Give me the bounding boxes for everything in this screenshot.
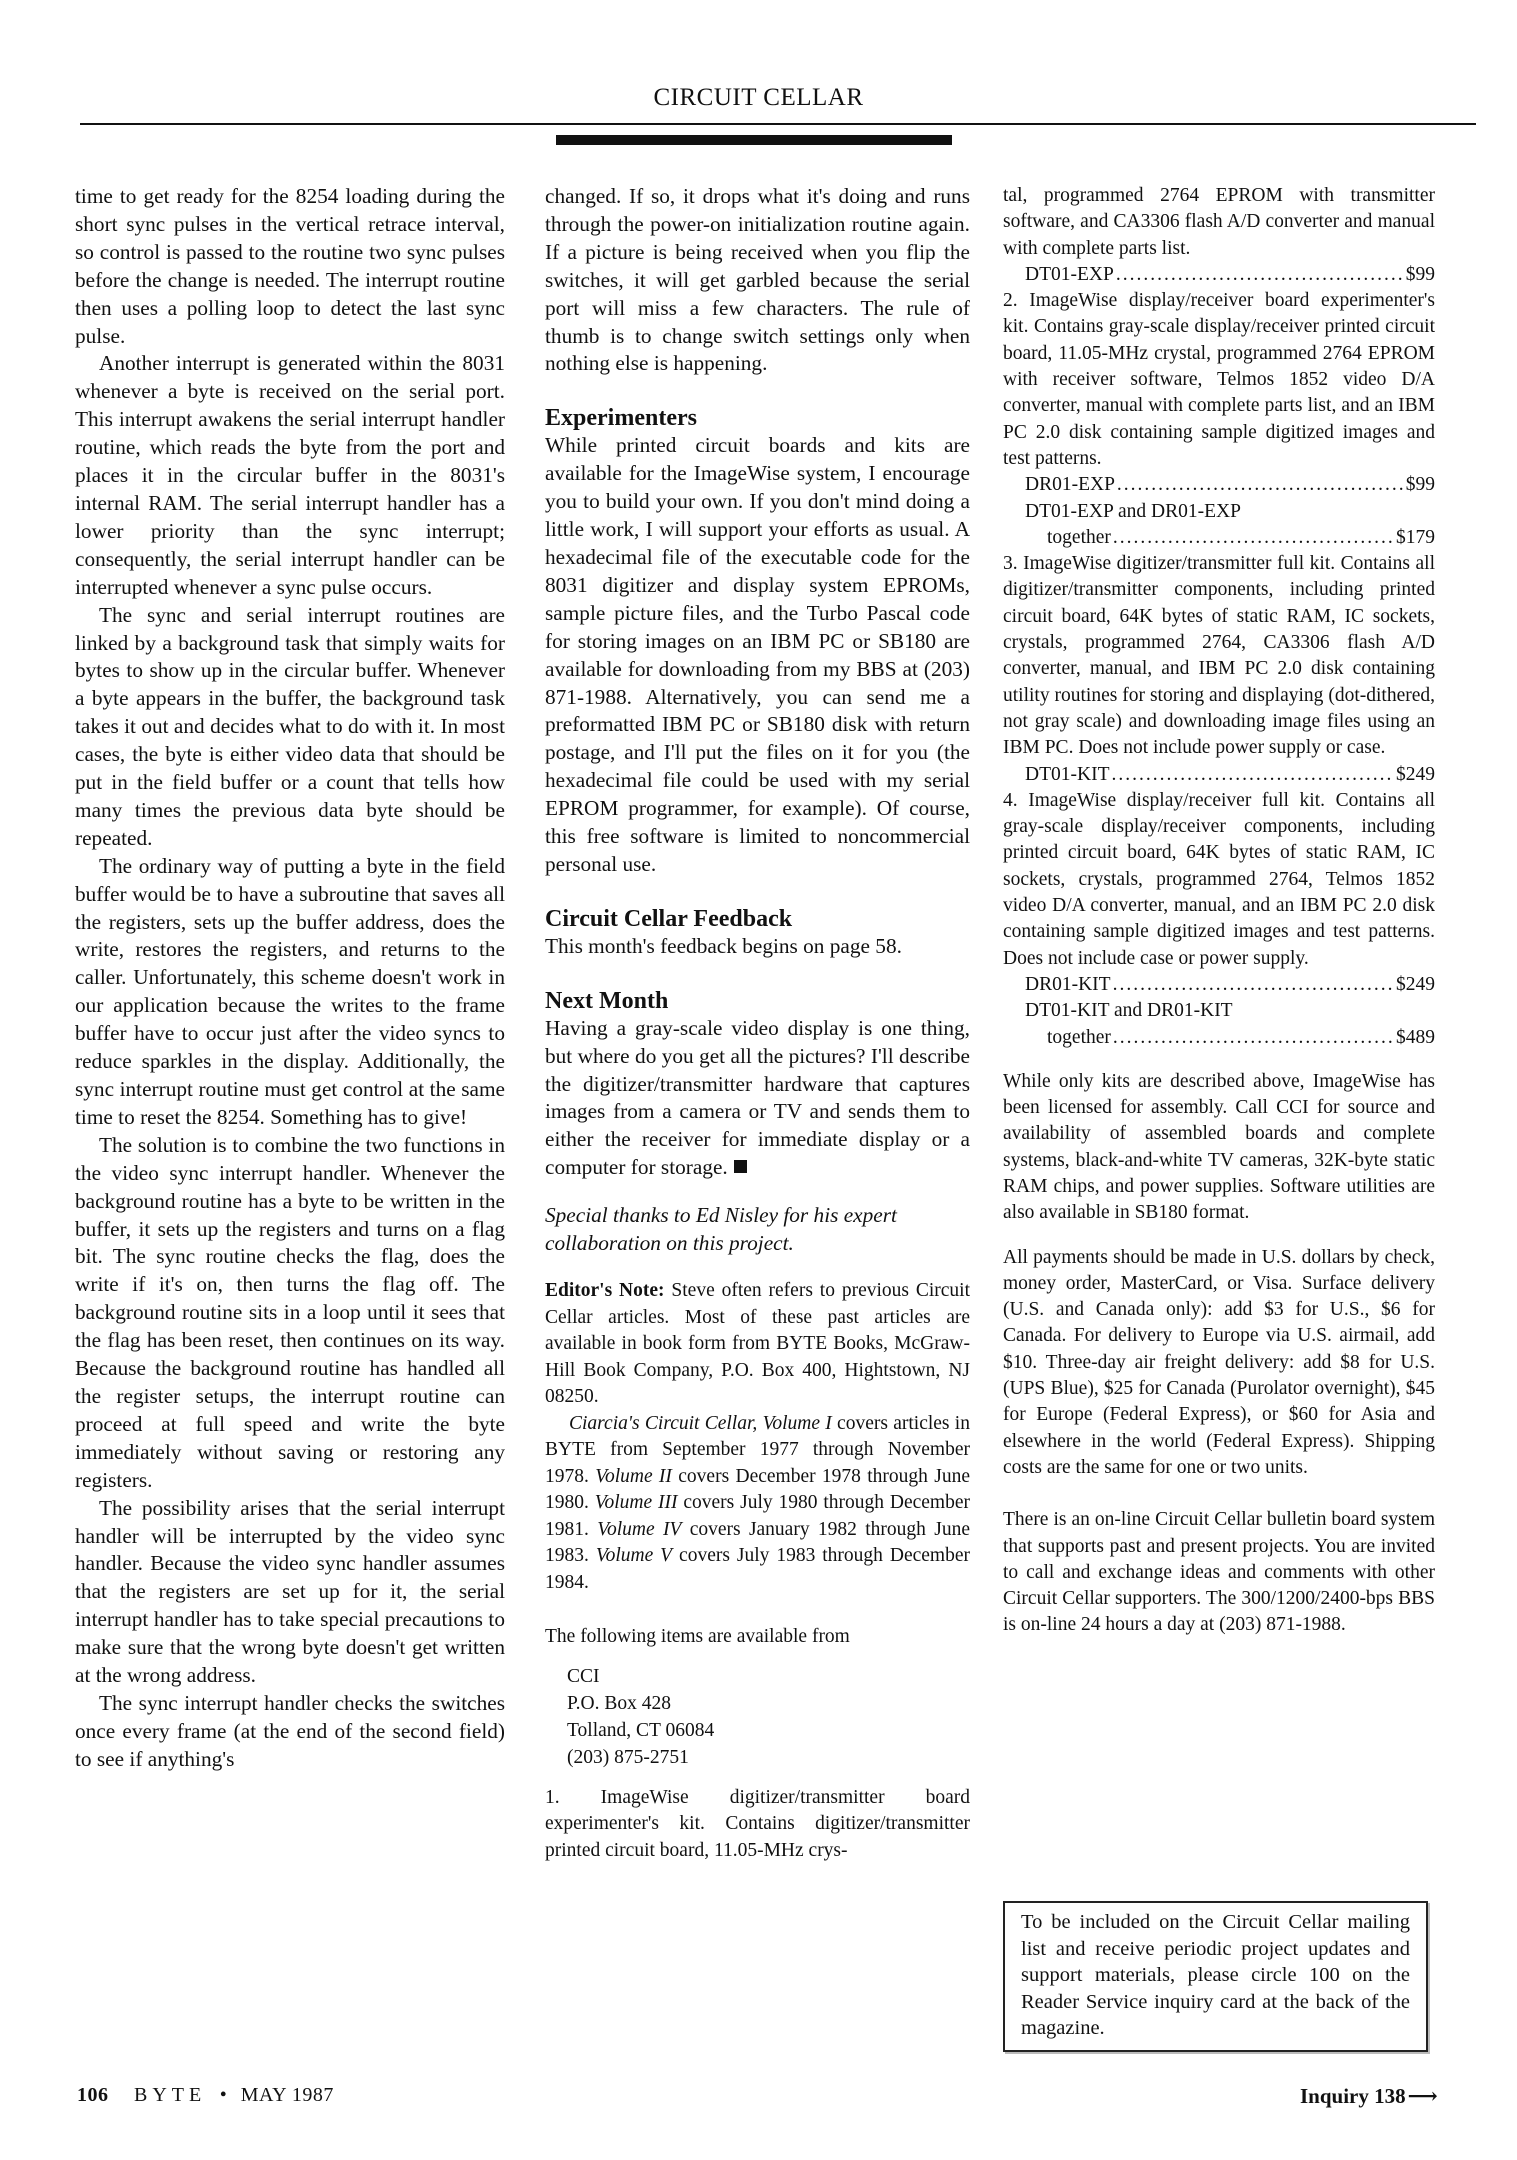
kit-item-1-continued: tal, programmed 2764 EPROM with transmit… bbox=[1003, 183, 1435, 262]
magazine-name: BYTE bbox=[134, 2084, 206, 2106]
header-rule bbox=[80, 123, 1476, 125]
running-head: CIRCUIT CELLAR bbox=[0, 84, 1517, 112]
arrow-right-icon: ⟶ bbox=[1408, 2084, 1438, 2108]
footer-separator: • bbox=[220, 2084, 228, 2106]
kit-item-3: 3. ImageWise digitizer/transmitter full … bbox=[1003, 551, 1435, 761]
price-row: DT01-KIT$249 bbox=[1003, 762, 1435, 788]
editors-note-label: Editor's Note: bbox=[545, 1280, 665, 1301]
section-heading-experimenters: Experimenters bbox=[545, 404, 970, 432]
page-number: 106 bbox=[77, 2084, 109, 2106]
body-paragraph: changed. If so, it drops what it's doing… bbox=[545, 183, 970, 378]
body-paragraph: Another interrupt is generated within th… bbox=[75, 350, 505, 601]
issue-date: MAY 1987 bbox=[241, 2084, 334, 2106]
payment-note: All payments should be made in U.S. doll… bbox=[1003, 1245, 1435, 1482]
combo-label: DT01-KIT and DR01-KIT bbox=[1003, 998, 1435, 1024]
availability-intro: The following items are available from bbox=[545, 1624, 970, 1651]
section-heading-feedback: Circuit Cellar Feedback bbox=[545, 905, 970, 933]
end-of-article-mark bbox=[734, 1160, 747, 1173]
inquiry-reference: Inquiry 138⟶ bbox=[1300, 2083, 1438, 2109]
middle-column: changed. If so, it drops what it's doing… bbox=[545, 183, 970, 1864]
price-row: together$489 bbox=[1003, 1025, 1435, 1051]
kit-item-4: 4. ImageWise display/receiver full kit. … bbox=[1003, 788, 1435, 972]
section-body-next-month: Having a gray-scale video display is one… bbox=[545, 1015, 970, 1182]
vendor-address: CCI P.O. Box 428 Tolland, CT 06084 (203)… bbox=[567, 1663, 970, 1771]
body-paragraph: The ordinary way of putting a byte in th… bbox=[75, 853, 505, 1132]
section-body-feedback: This month's feedback begins on page 58. bbox=[545, 933, 955, 961]
acknowledgment: Special thanks to Ed Nisley for his expe… bbox=[545, 1202, 970, 1258]
price-row: DT01-EXP$99 bbox=[1003, 262, 1435, 288]
body-paragraph: The possibility arises that the serial i… bbox=[75, 1495, 505, 1690]
volumes-list: Ciarcia's Circuit Cellar, Volume I cover… bbox=[545, 1411, 970, 1597]
price-row: together$179 bbox=[1003, 525, 1435, 551]
kit-item-1: 1. ImageWise digitizer/transmitter board… bbox=[545, 1785, 970, 1865]
header-bar bbox=[556, 135, 952, 145]
combo-label: DT01-EXP and DR01-EXP bbox=[1003, 499, 1435, 525]
right-column: tal, programmed 2764 EPROM with transmit… bbox=[1003, 183, 1435, 1639]
price-row: DR01-EXP$99 bbox=[1003, 472, 1435, 498]
page-footer: 106 BYTE • MAY 1987 bbox=[77, 2084, 334, 2107]
kit-item-2: 2. ImageWise display/receiver board expe… bbox=[1003, 288, 1435, 472]
price-row: DR01-KIT$249 bbox=[1003, 972, 1435, 998]
editors-note: Editor's Note: Steve often refers to pre… bbox=[545, 1278, 970, 1864]
mailing-list-box: To be included on the Circuit Cellar mai… bbox=[1003, 1901, 1428, 2052]
body-paragraph: time to get ready for the 8254 loading d… bbox=[75, 183, 505, 350]
section-body-experimenters: While printed circuit boards and kits ar… bbox=[545, 432, 970, 879]
assembly-note: While only kits are described above, Ima… bbox=[1003, 1069, 1435, 1227]
left-column: time to get ready for the 8254 loading d… bbox=[75, 183, 505, 1774]
body-paragraph: The solution is to combine the two funct… bbox=[75, 1132, 505, 1495]
body-paragraph: The sync interrupt handler checks the sw… bbox=[75, 1690, 505, 1774]
body-paragraph: The sync and serial interrupt routines a… bbox=[75, 602, 505, 853]
section-heading-next-month: Next Month bbox=[545, 987, 970, 1015]
bbs-note: There is an on-line Circuit Cellar bulle… bbox=[1003, 1507, 1435, 1638]
